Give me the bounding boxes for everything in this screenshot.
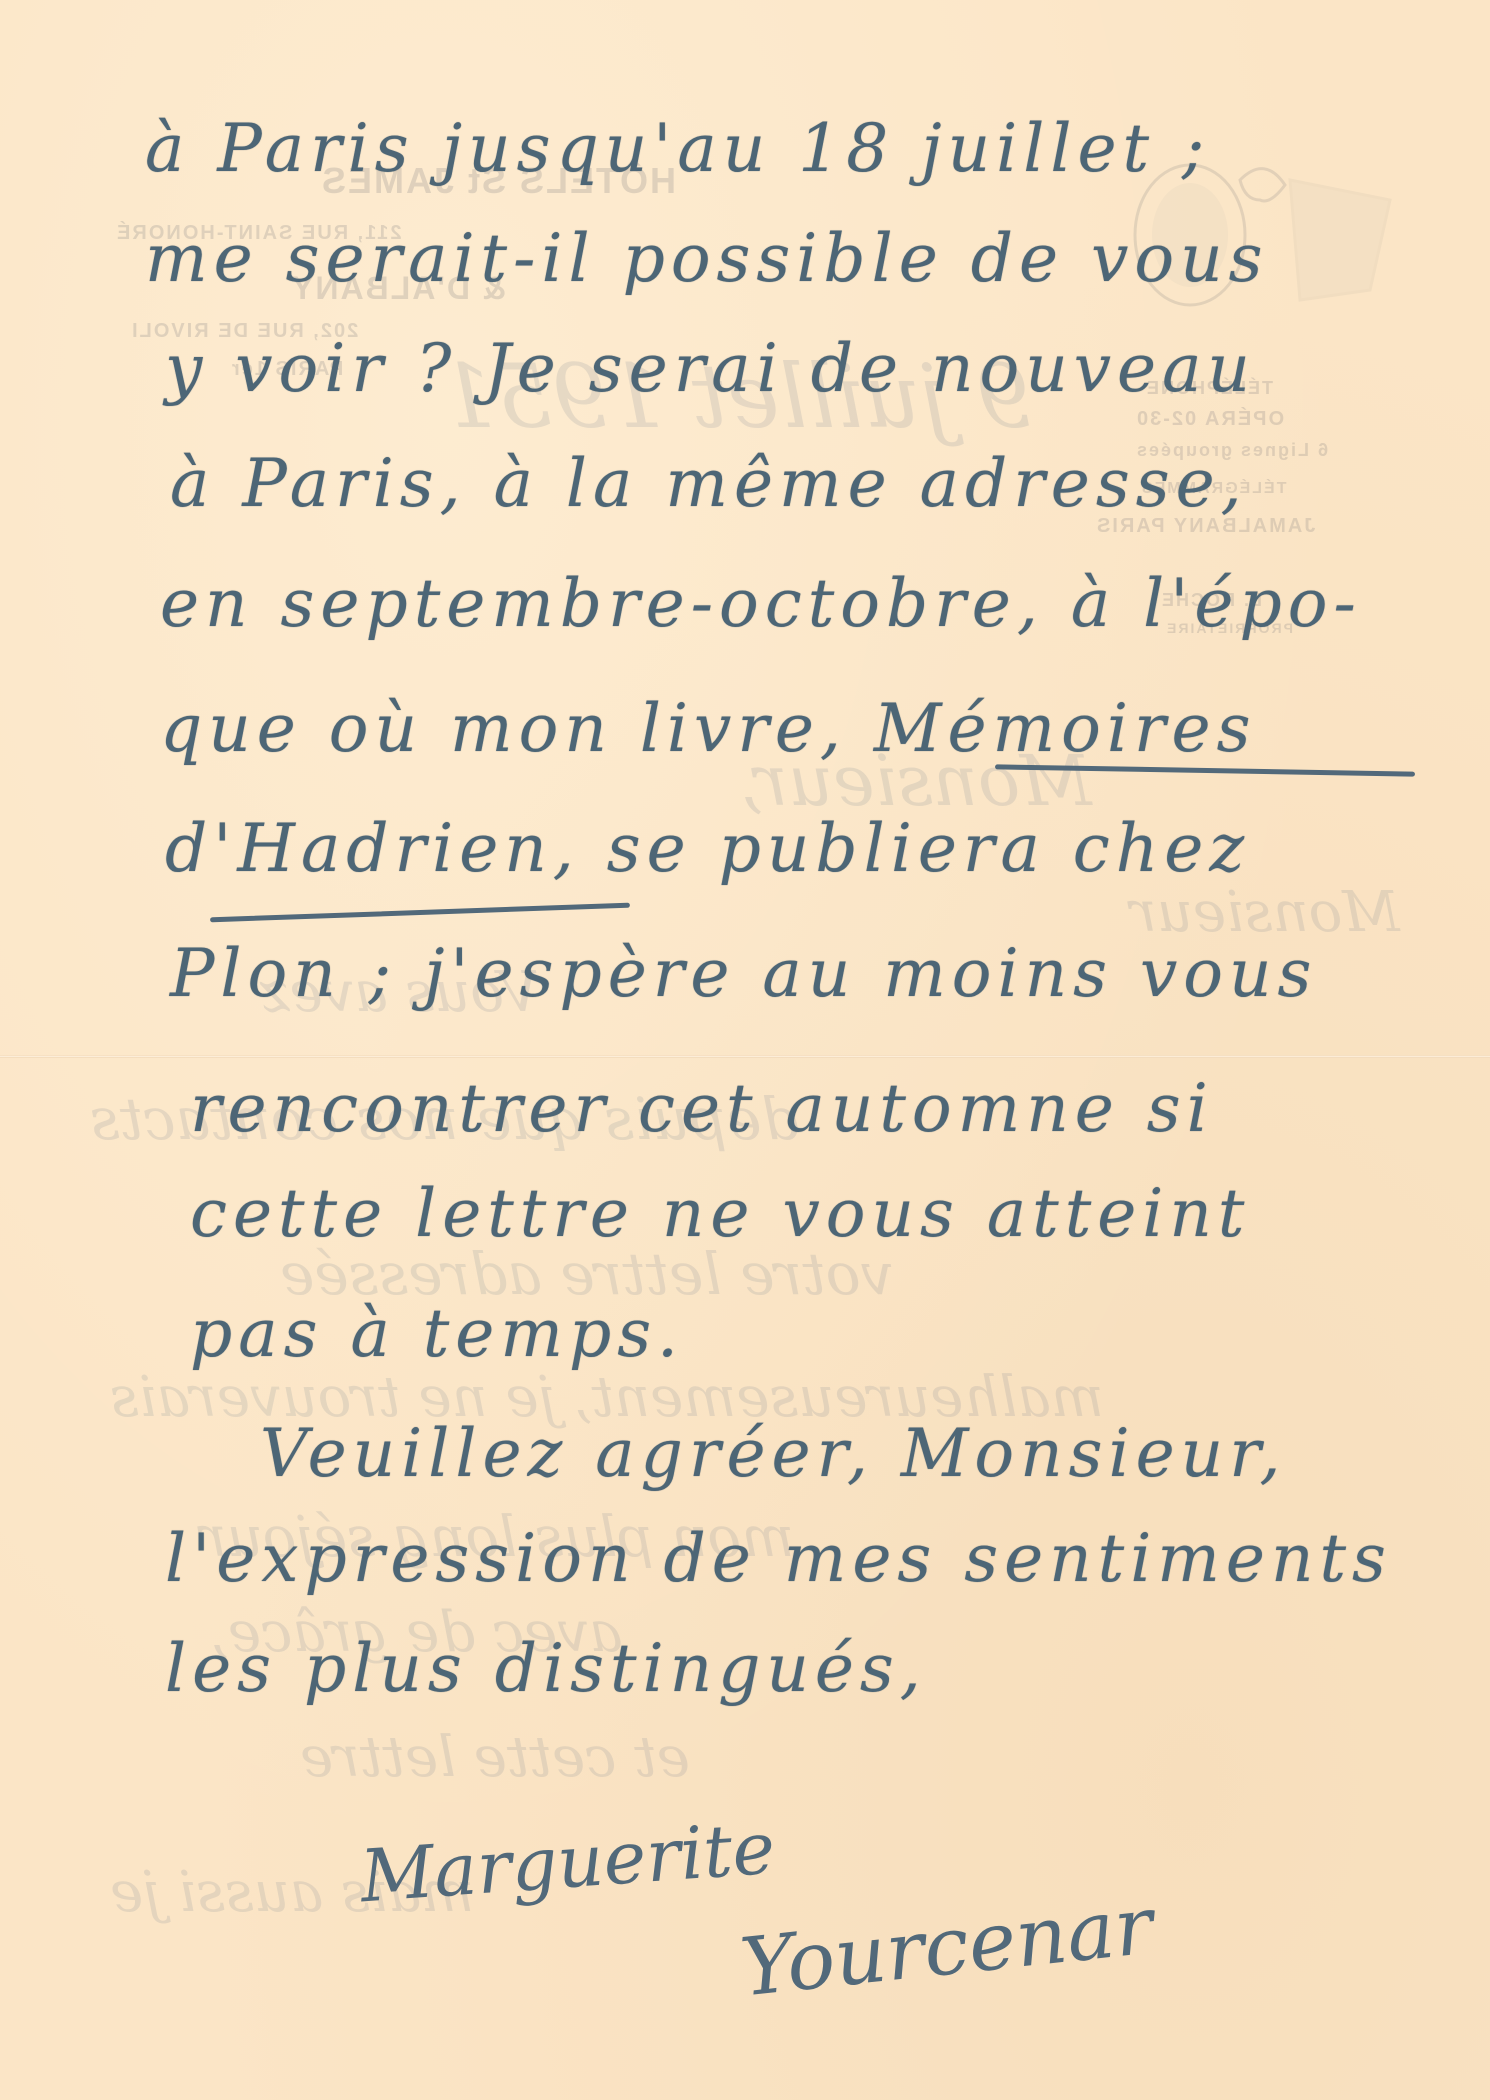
letter-line-5: en septembre-octobre, à l'épo- (160, 565, 1362, 642)
letter-line-7: d'Hadrien, se publiera chez (165, 810, 1250, 887)
letter-line-2: me serait-il possible de vous (145, 220, 1269, 297)
letter-line-8: Plon ; j'espère au moins vous (170, 935, 1317, 1012)
letter-line-4: à Paris, à la même adresse, (170, 445, 1248, 522)
paper-background (0, 0, 1490, 2100)
letter-line-12: Veuillez agréer, Monsieur, (260, 1415, 1286, 1492)
letter-line-10: cette lettre ne vous atteint (190, 1175, 1250, 1252)
letter-line-9: rencontrer cet automne si (190, 1070, 1214, 1147)
letter-line-1: à Paris jusqu'au 18 juillet ; (145, 110, 1210, 187)
letter-line-6: que où mon livre, Mémoires (160, 690, 1256, 767)
letter-line-14: les plus distingués, (165, 1630, 927, 1707)
fold-line (0, 1055, 1490, 1058)
bleed-reverse-line: et cette lettre (300, 1725, 690, 1790)
letter-line-13: l'expression de mes sentiments (165, 1520, 1392, 1597)
letter-line-3: y voir ? Je serai de nouveau (165, 330, 1256, 407)
letter-line-11: pas à temps. (190, 1295, 684, 1372)
bleed-letterhead-line: OPÉRA 02-30 (1135, 408, 1284, 431)
